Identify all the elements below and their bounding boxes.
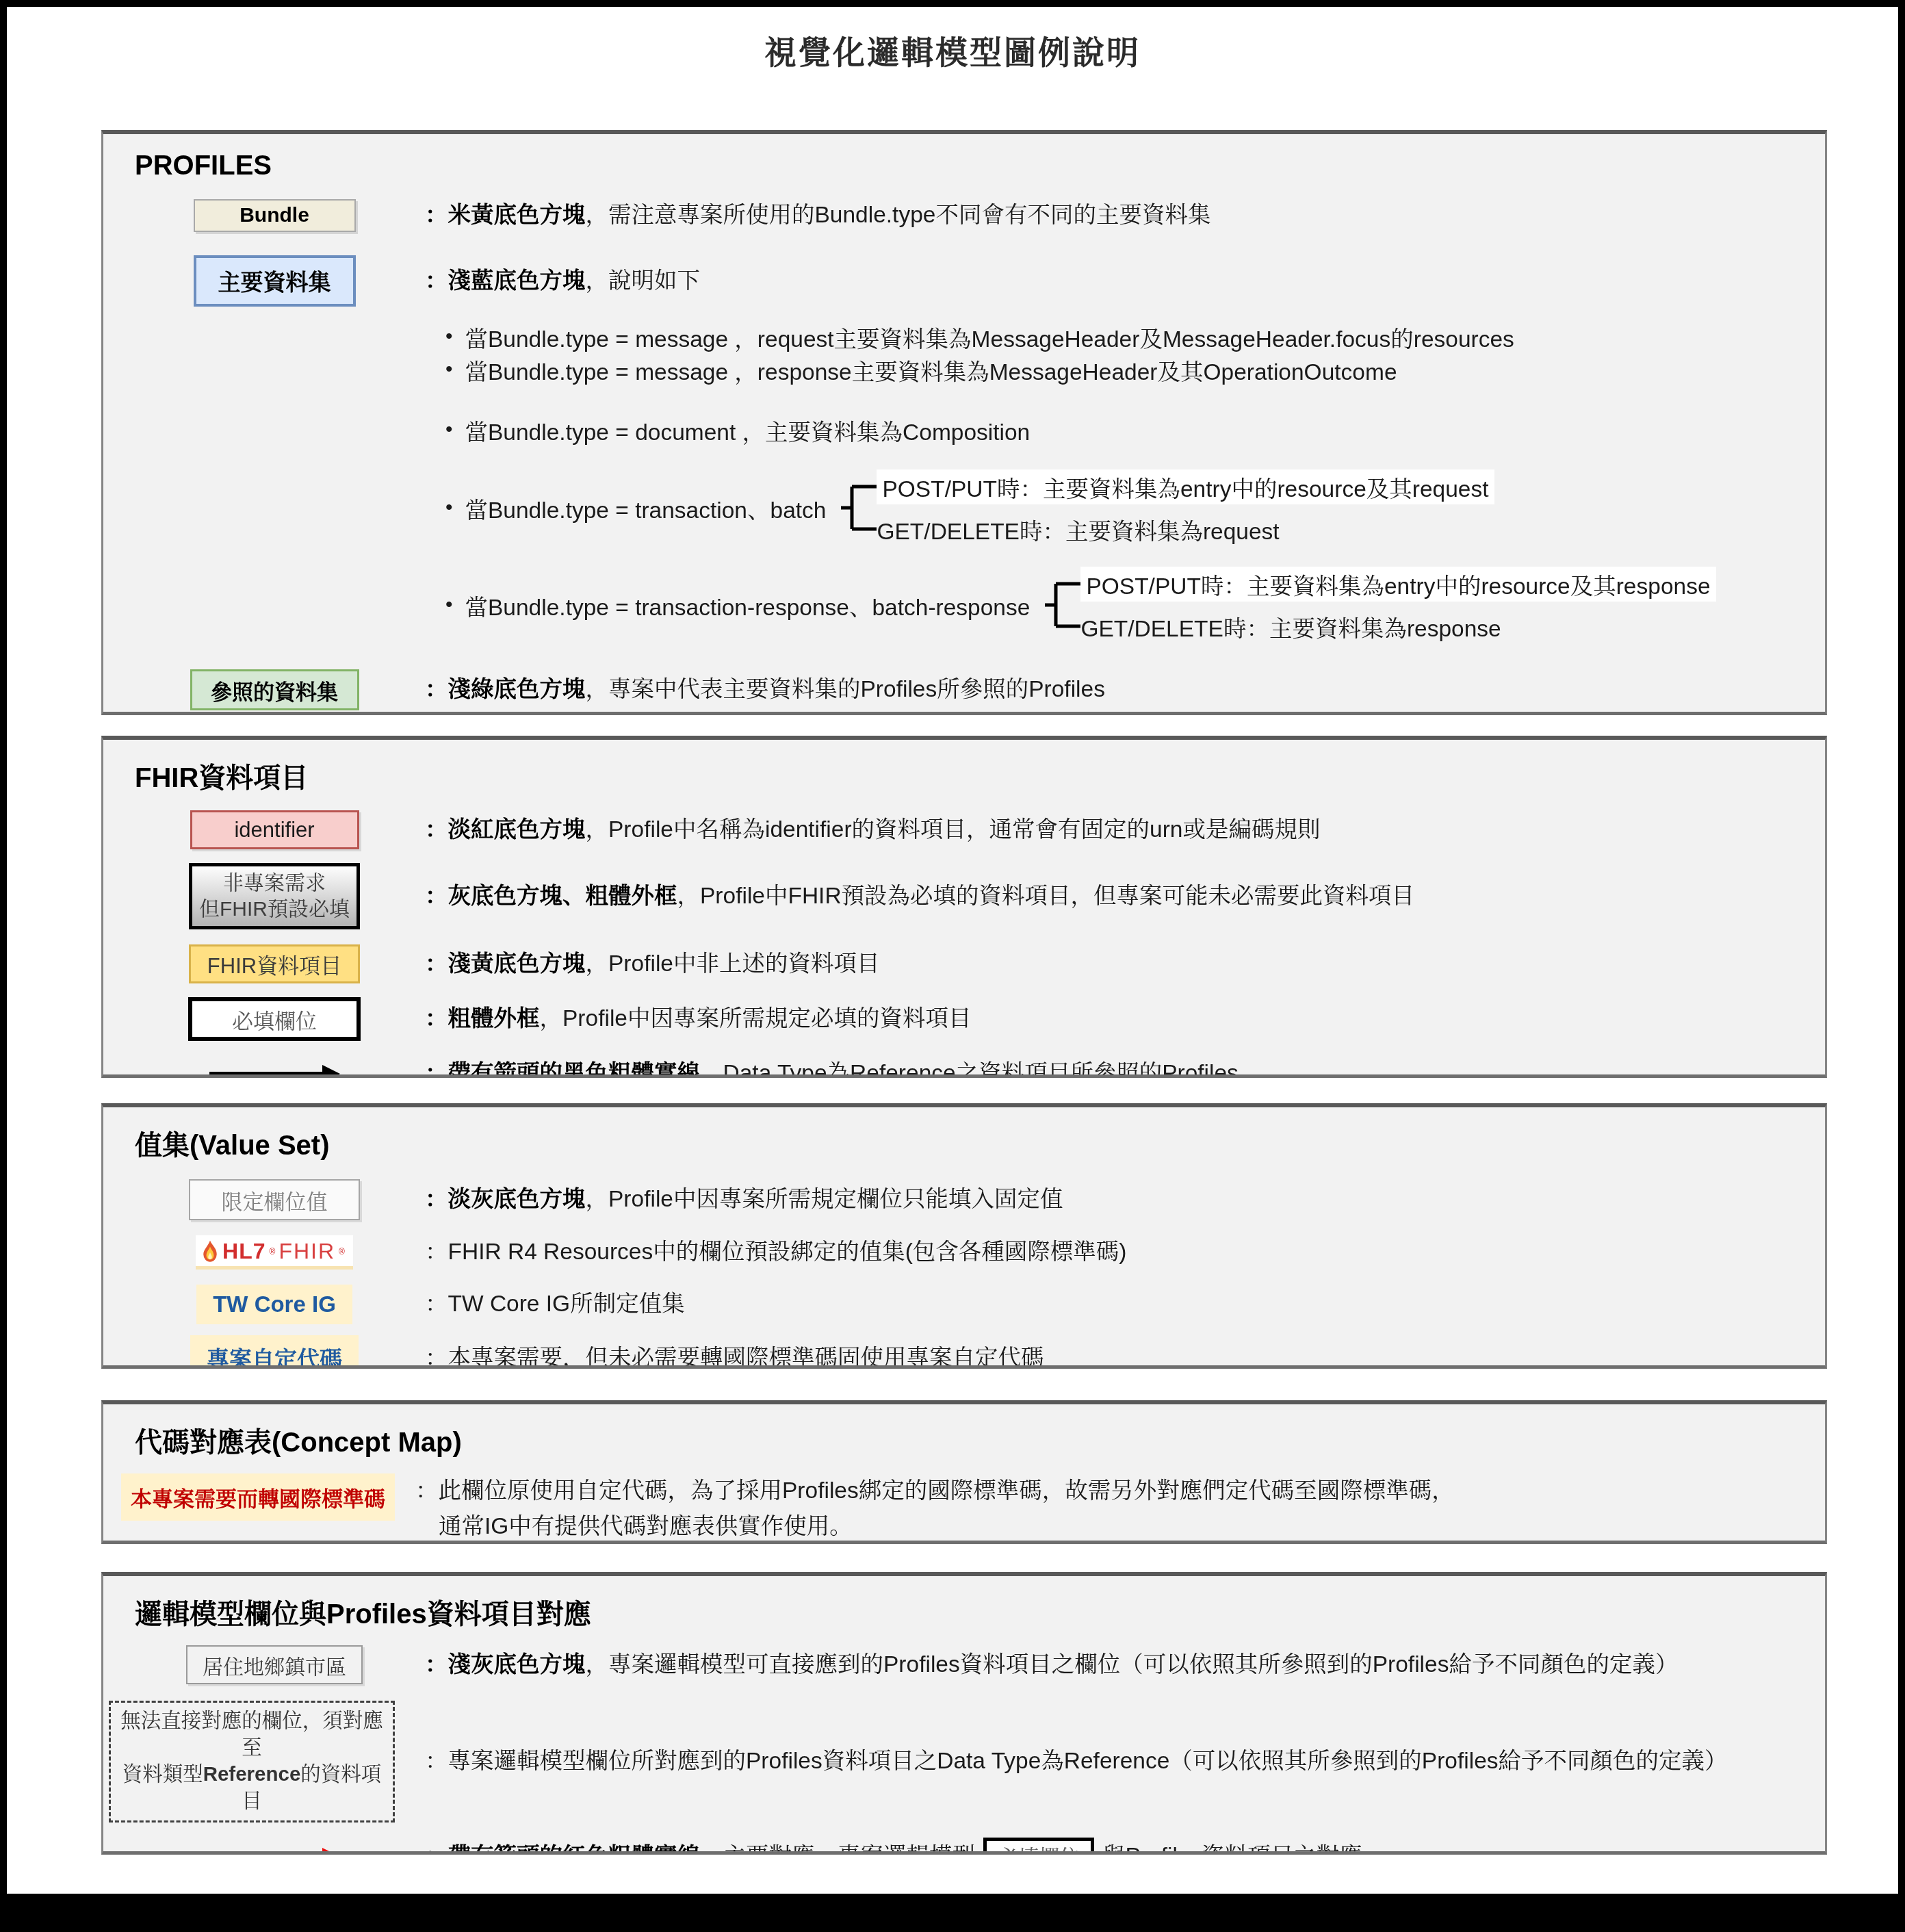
row-bundle: Bundle ：米黃底色方塊，需注意專案所使用的Bundle.type不同會有不… xyxy=(103,199,1825,232)
inline-required-field-box: 必填欄位 xyxy=(983,1838,1094,1855)
fhir-items-header: FHIR資料項目 xyxy=(135,756,1825,795)
profiles-header: PROFILES xyxy=(135,151,1825,181)
section-fhir-items: FHIR資料項目 identifier ：淡紅底色方塊，Profile中名稱為i… xyxy=(101,736,1827,1078)
bullet-icon: • xyxy=(445,358,453,381)
row-reference-arrow: ：帶有箭頭的黑色粗體實線，Data Type為Reference之資料項目所參照… xyxy=(103,1059,1825,1078)
row-identifier: identifier ：淡紅底色方塊，Profile中名稱為identifier… xyxy=(103,810,1825,849)
indirect-field-desc: ：專案邏輯模型欄位所對應到的Profiles資料項目之Data Type為Ref… xyxy=(425,1747,1728,1777)
tw-core-box: TW Core IG xyxy=(196,1285,352,1324)
bullet-message-request: •當Bundle.type = message ，request主要資料集為Me… xyxy=(445,320,1825,353)
row-fixed-value: 限定欄位值 ：淡灰底色方塊，Profile中因專案所需規定欄位只能填入固定值 xyxy=(103,1179,1825,1220)
referenced-dataset-desc: ：淺綠底色方塊，專案中代表主要資料集的Profiles所參照的Profiles xyxy=(425,675,1105,705)
concept-map-box: 本專案需要而轉國際標準碼 xyxy=(121,1473,395,1521)
transaction-get-line: GET/DELETE時：主要資料集為request xyxy=(877,508,1494,550)
identifier-box: identifier xyxy=(190,810,359,849)
row-concept-map: 本專案需要而轉國際標準碼 ：此欄位原使用自定代碼，為了採用Profiles綁定的… xyxy=(103,1473,1825,1544)
referenced-dataset-box: 參照的資料集 xyxy=(190,669,359,710)
row-indirect-field: 無法直接對應的欄位，須對應至 資料類型Reference的資料項目 ：專案邏輯模… xyxy=(103,1701,1825,1822)
main-dataset-desc: ：淺藍底色方塊，說明如下 xyxy=(425,266,700,296)
fork-bracket-icon xyxy=(1045,563,1080,647)
flame-icon xyxy=(201,1239,219,1264)
hl7-fhir-desc: ：FHIR R4 Resources中的欄位預設綁定的值集(包含各種國際標準碼) xyxy=(425,1237,1127,1267)
row-transaction: •當Bundle.type = transaction、batch POST/P… xyxy=(445,465,1825,550)
row-direct-field: 居住地鄉鎮市區 ：淺灰底色方塊，專案邏輯模型可直接應到的Profiles資料項目… xyxy=(103,1645,1825,1684)
fixed-value-box: 限定欄位值 xyxy=(189,1179,360,1220)
fork-bracket-icon xyxy=(841,465,877,550)
bottom-black-bar xyxy=(7,1894,1898,1925)
fhir-required-desc: ：灰底色方塊、粗體外框，Profile中FHIR預設為必填的資料項目，但專案可能… xyxy=(425,881,1414,912)
required-field-box: 必填欄位 xyxy=(188,997,361,1041)
bullet-icon: • xyxy=(445,496,453,519)
transaction-response-get-line: GET/DELETE時：主要資料集為response xyxy=(1080,605,1715,647)
row-fhir-required: 非專案需求 但FHIR預設必填 ：灰底色方塊、粗體外框，Profile中FHIR… xyxy=(103,863,1825,929)
transaction-post-line: POST/PUT時：主要資料集為entry中的resource及其request xyxy=(877,465,1494,508)
required-field-desc: ：粗體外框，Profile中因專案所需規定必填的資料項目 xyxy=(425,1004,971,1034)
fhir-item-desc: ：淺黃底色方塊，Profile中非上述的資料項目 xyxy=(425,949,879,979)
concept-map-desc: ：此欄位原使用自定代碼，為了採用Profiles綁定的國際標準碼，故需另外對應們… xyxy=(415,1473,1455,1544)
bullet-message-response: •當Bundle.type = message ，response主要資料集為M… xyxy=(445,353,1825,386)
identifier-desc: ：淡紅底色方塊，Profile中名稱為identifier的資料項目，通常會有固… xyxy=(425,815,1321,845)
page-title: 視覺化邏輯模型圖例說明 xyxy=(7,7,1898,73)
fhir-item-box: FHIR資料項目 xyxy=(189,944,360,983)
hl7-fhir-logo: HL7® FHIR® xyxy=(196,1235,353,1270)
bundle-type-bullets: •當Bundle.type = message ，request主要資料集為Me… xyxy=(445,320,1825,446)
fhir-required-box: 非專案需求 但FHIR預設必填 xyxy=(189,863,360,929)
logical-model-header: 邏輯模型欄位與Profiles資料項目對應 xyxy=(135,1593,1825,1632)
row-transaction-response: •當Bundle.type = transaction-response、bat… xyxy=(445,563,1825,647)
main-dataset-box: 主要資料集 xyxy=(194,255,356,307)
tw-core-desc: ：TW Core IG所制定值集 xyxy=(425,1289,685,1319)
row-fhir-item: FHIR資料項目 ：淺黃底色方塊，Profile中非上述的資料項目 xyxy=(103,944,1825,983)
section-logical-model: 邏輯模型欄位與Profiles資料項目對應 居住地鄉鎮市區 ：淺灰底色方塊，專案… xyxy=(101,1572,1827,1855)
indirect-field-box: 無法直接對應的欄位，須對應至 資料類型Reference的資料項目 xyxy=(109,1701,395,1822)
row-solid-red-arrow: ：帶有箭頭的紅色粗體實線，主要對應，專案邏輯模型必填欄位與Profiles資料項… xyxy=(103,1838,1825,1855)
red-solid-arrow-icon xyxy=(207,1848,341,1855)
row-custom-code: 專案自定代碼 ：本專案需要，但未必需要轉國際標準碼固使用專案自定代碼 xyxy=(103,1335,1825,1369)
value-set-header: 值集(Value Set) xyxy=(135,1124,1825,1163)
bullet-document: •當Bundle.type = document ，主要資料集為Composit… xyxy=(445,413,1825,446)
section-value-set: 值集(Value Set) 限定欄位值 ：淡灰底色方塊，Profile中因專案所… xyxy=(101,1103,1827,1369)
black-arrow-icon xyxy=(209,1065,340,1078)
custom-code-desc: ：本專案需要，但未必需要轉國際標準碼固使用專案自定代碼 xyxy=(425,1343,1044,1369)
bullet-icon: • xyxy=(445,418,453,441)
solid-red-arrow-desc: ：帶有箭頭的紅色粗體實線，主要對應，專案邏輯模型必填欄位與Profiles資料項… xyxy=(425,1838,1362,1855)
direct-field-box: 居住地鄉鎮市區 xyxy=(186,1645,363,1684)
section-concept-map: 代碼對應表(Concept Map) 本專案需要而轉國際標準碼 ：此欄位原使用自… xyxy=(101,1400,1827,1544)
row-referenced-dataset: 參照的資料集 ：淺綠底色方塊，專案中代表主要資料集的Profiles所參照的Pr… xyxy=(103,669,1825,710)
row-main-dataset: 主要資料集 ：淺藍底色方塊，說明如下 xyxy=(103,255,1825,307)
direct-field-desc: ：淺灰底色方塊，專案邏輯模型可直接應到的Profiles資料項目之欄位（可以依照… xyxy=(425,1650,1678,1680)
bullet-icon: • xyxy=(445,325,453,348)
section-profiles: PROFILES Bundle ：米黃底色方塊，需注意專案所使用的Bundle.… xyxy=(101,130,1827,715)
bundle-desc: ：米黃底色方塊，需注意專案所使用的Bundle.type不同會有不同的主要資料集 xyxy=(425,201,1210,231)
row-tw-core: TW Core IG ：TW Core IG所制定值集 xyxy=(103,1285,1825,1324)
reference-arrow-desc: ：帶有箭頭的黑色粗體實線，Data Type為Reference之資料項目所參照… xyxy=(425,1059,1239,1078)
bundle-box: Bundle xyxy=(194,199,356,232)
legend-page: 視覺化邏輯模型圖例說明 PROFILES Bundle ：米黃底色方塊，需注意專… xyxy=(0,0,1905,1932)
row-required-field: 必填欄位 ：粗體外框，Profile中因專案所需規定必填的資料項目 xyxy=(103,997,1825,1041)
concept-map-header: 代碼對應表(Concept Map) xyxy=(135,1421,1825,1460)
bullet-icon: • xyxy=(445,593,453,617)
fixed-value-desc: ：淡灰底色方塊，Profile中因專案所需規定欄位只能填入固定值 xyxy=(425,1185,1063,1215)
custom-code-box: 專案自定代碼 xyxy=(190,1335,359,1369)
row-hl7-fhir: HL7® FHIR® ：FHIR R4 Resources中的欄位預設綁定的值集… xyxy=(103,1235,1825,1270)
transaction-response-post-line: POST/PUT時：主要資料集為entry中的resource及其respons… xyxy=(1080,563,1715,605)
